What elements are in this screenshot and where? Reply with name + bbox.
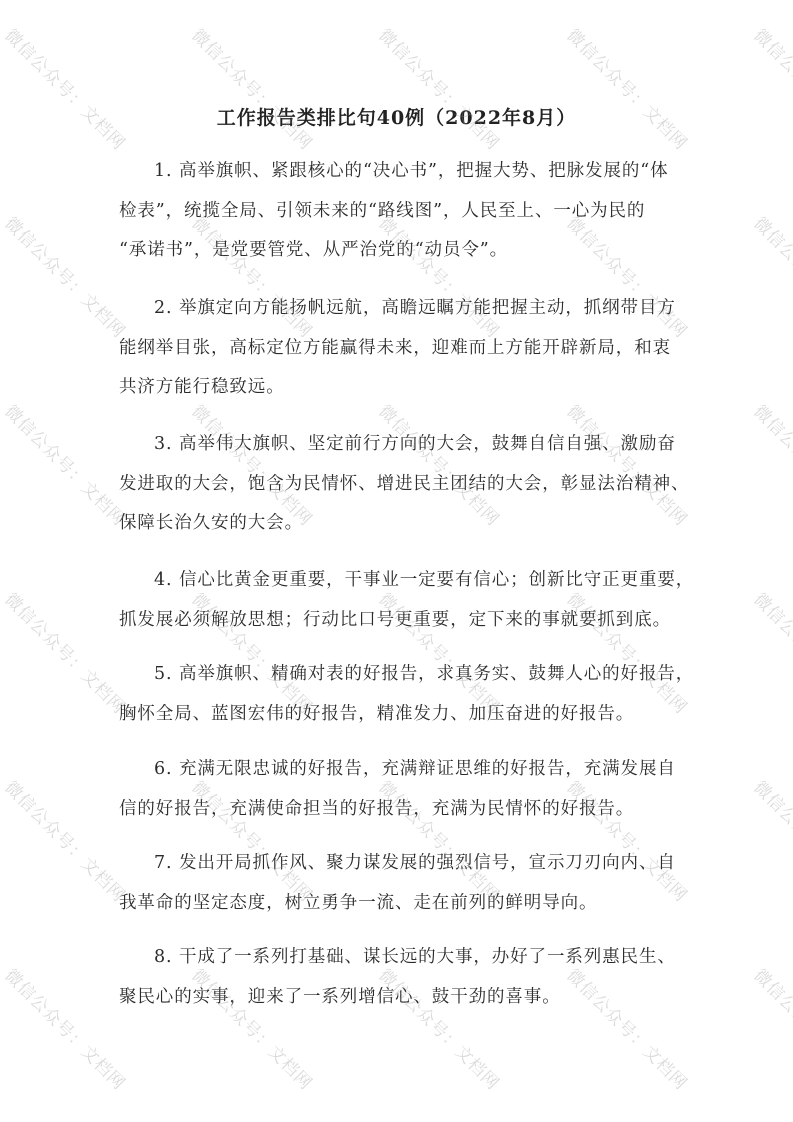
paragraph-line: 6. 充满无限忠诚的好报告，充满辩证思维的好报告，充满发展自 xyxy=(119,750,679,790)
paragraph-line: 能纲举目张，高标定位方能赢得未来，迎难而上方能开辟新局，和衷 xyxy=(119,329,679,369)
paragraph-line: 4. 信心比黄金更重要，干事业一定要有信心；创新比守正更重要， xyxy=(119,561,679,601)
paragraph-line: 胸怀全局、蓝图宏伟的好报告，精准发力、加压奋进的好报告。 xyxy=(119,695,679,735)
paragraph-line: 我革命的坚定态度，树立勇争一流、走在前列的鲜明导向。 xyxy=(119,884,679,924)
paragraph-line: 3. 高举伟大旗帜、坚定前行方向的大会，鼓舞自信自强、激励奋 xyxy=(119,425,679,465)
paragraph-line: 1. 高举旗帜、紧跟核心的“决心书”，把握大势、把脉发展的“体 xyxy=(119,152,679,192)
paragraph-8: 8. 干成了一系列打基础、谋长远的大事，办好了一系列惠民生、 聚民心的实事，迎来… xyxy=(119,938,679,1017)
document-page: 工作报告类排比句40例（2022年8月） 1. 高举旗帜、紧跟核心的“决心书”，… xyxy=(0,0,793,1122)
paragraph-3: 3. 高举伟大旗帜、坚定前行方向的大会，鼓舞自信自强、激励奋 发进取的大会，饱含… xyxy=(119,425,679,544)
paragraph-line: “承诺书”，是党要管党、从严治党的“动员令”。 xyxy=(119,231,679,271)
paragraph-6: 6. 充满无限忠诚的好报告，充满辩证思维的好报告，充满发展自 信的好报告，充满使… xyxy=(119,750,679,829)
paragraph-line: 5. 高举旗帜、精确对表的好报告，求真务实、鼓舞人心的好报告， xyxy=(119,655,679,695)
paragraph-line: 7. 发出开局抓作风、聚力谋发展的强烈信号，宣示刀刃向内、自 xyxy=(119,844,679,884)
paragraph-1: 1. 高举旗帜、紧跟核心的“决心书”，把握大势、把脉发展的“体 检表”，统揽全局… xyxy=(119,152,679,271)
paragraph-line: 共济方能行稳致远。 xyxy=(119,368,679,408)
paragraph-line: 8. 干成了一系列打基础、谋长远的大事，办好了一系列惠民生、 xyxy=(119,938,679,978)
paragraph-line: 抓发展必须解放思想；行动比口号更重要，定下来的事就要抓到底。 xyxy=(119,601,679,641)
paragraph-line: 聚民心的实事，迎来了一系列增信心、鼓干劲的喜事。 xyxy=(119,978,679,1018)
paragraph-line: 信的好报告，充满使命担当的好报告，充满为民情怀的好报告。 xyxy=(119,790,679,830)
document-title: 工作报告类排比句40例（2022年8月） xyxy=(0,103,793,130)
paragraph-line: 发进取的大会，饱含为民情怀、增进民主团结的大会，彰显法治精神、 xyxy=(119,465,679,505)
paragraph-5: 5. 高举旗帜、精确对表的好报告，求真务实、鼓舞人心的好报告， 胸怀全局、蓝图宏… xyxy=(119,655,679,734)
paragraph-line: 2. 举旗定向方能扬帆远航，高瞻远瞩方能把握主动，抓纲带目方 xyxy=(119,289,679,329)
paragraph-line: 保障长治久安的大会。 xyxy=(119,504,679,544)
paragraph-7: 7. 发出开局抓作风、聚力谋发展的强烈信号，宣示刀刃向内、自 我革命的坚定态度，… xyxy=(119,844,679,923)
paragraph-4: 4. 信心比黄金更重要，干事业一定要有信心；创新比守正更重要， 抓发展必须解放思… xyxy=(119,561,679,640)
paragraph-line: 检表”，统揽全局、引领未来的“路线图”，人民至上、一心为民的 xyxy=(119,192,679,232)
paragraph-2: 2. 举旗定向方能扬帆远航，高瞻远瞩方能把握主动，抓纲带目方 能纲举目张，高标定… xyxy=(119,289,679,408)
